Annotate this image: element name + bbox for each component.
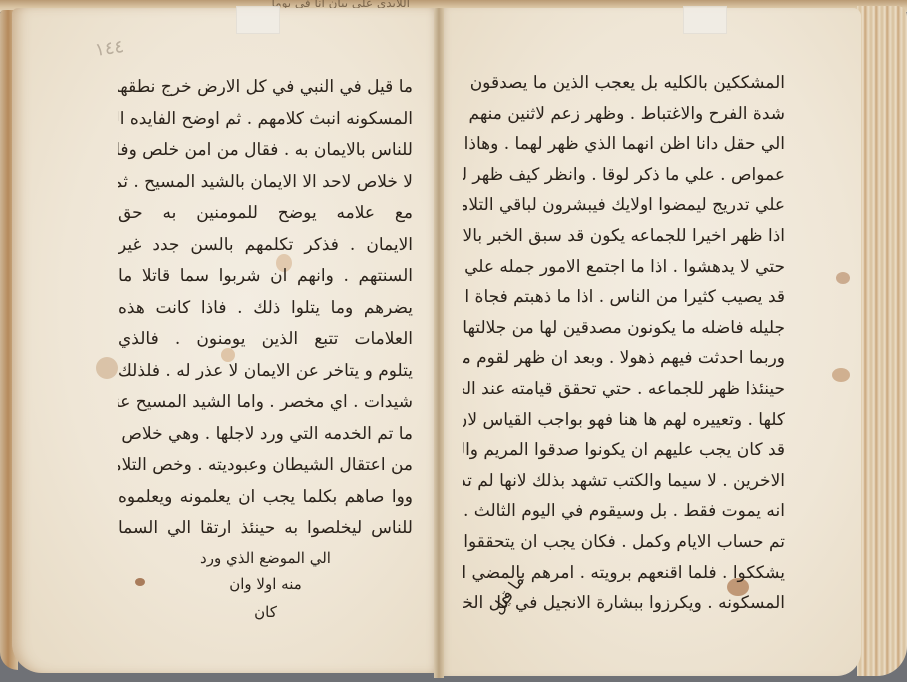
closing-line: الي الموضع الذي ورد: [118, 545, 413, 571]
text-line: عمواص . علي ما ذكر لوقا . وانظر كيف ظهر …: [463, 160, 785, 191]
text-line: اذا ظهر اخيرا للجماعه يكون قد سبق الخبر …: [463, 221, 785, 252]
text-line: لا خلاص لاحد الا الايمان بالشيد المسيح .…: [118, 167, 413, 199]
text-line: العلامات تتبع الذين يومنون . فالذي: [118, 324, 413, 356]
text-line: حتي لا يدهشوا . اذا ما اجتمع الامور جمله…: [463, 252, 785, 283]
stain: [836, 272, 850, 284]
text-line: من اعتقال الشيطان وعبوديته . وخص التلامي…: [118, 450, 413, 482]
text-line: يضرهم وما يتلوا ذلك . فاذا كانت هذه: [118, 293, 413, 325]
text-line: شدة الفرح والاغتباط . وظهر زعم لاثنين من…: [463, 99, 785, 130]
text-line: وربما احدثت فيهم ذهولا . وبعد ان ظهر لقو…: [463, 343, 785, 374]
text-line: الاخرين . لا سيما والكتب تشهد بذلك لانها…: [463, 466, 785, 497]
text-line: تم حساب الايام وكمل . فكان يجب ان يتحققو…: [463, 527, 785, 558]
text-line: المشككين بالكليه بل يعجب الذين ما يصدقون…: [463, 68, 785, 99]
text-line: انه يموت فقط . بل وسيقوم في اليوم الثالث…: [463, 496, 785, 527]
right-page-text: المشككين بالكليه بل يعجب الذين ما يصدقون…: [463, 68, 785, 619]
closing-line: منه اولا وان: [118, 571, 413, 597]
text-line: ما قيل في النبي في كل الارض خرج نطقهم . …: [118, 72, 413, 104]
repair-tape-left: [236, 6, 280, 34]
repair-tape-right: [683, 6, 727, 34]
text-line: شيدات . اي مخصر . واما الشيد المسيح عند: [118, 387, 413, 419]
text-line: الايمان . فذكر تكلمهم بالسن جدد غير: [118, 230, 413, 262]
text-line: ووا صاهم بكلما يجب ان يعلمونه ويعلموه: [118, 482, 413, 514]
text-line: حينئذا ظهر للجماعه . حتي تحقق قيامته عند…: [463, 374, 785, 405]
text-line: ما تم الخدمه التي ورد لاجلها . وهي خلاص …: [118, 419, 413, 451]
text-line: للناس ليخلصوا به حينئذ ارتقا الي السما: [118, 513, 413, 545]
text-line: علي تدريج ليمضوا اولايك فيبشرون لباقي ال…: [463, 190, 785, 221]
text-line: للناس بالايمان به . فقال من امن خلص وفاز…: [118, 135, 413, 167]
text-line: الي حقل دانا اظن انهما الذي ظهر لهما . و…: [463, 129, 785, 160]
stain: [96, 357, 118, 379]
text-line: كلها . وتعييره لهم ها هنا فهو بواجب القي…: [463, 405, 785, 436]
text-line: جليله فاضله ما يكونون مصدقين لها من جلال…: [463, 313, 785, 344]
text-line: قد يصيب كثيرا من الناس . اذا ما ذهبتم فج…: [463, 282, 785, 313]
stain: [832, 368, 850, 382]
text-line: يتلوم و يتاخر عن الايمان لا عذر له . فلذ…: [118, 356, 413, 388]
left-page-text: ما قيل في النبي في كل الارض خرج نطقهم . …: [118, 72, 413, 627]
text-line: مع علامه يوضح للمومنين به حق: [118, 198, 413, 230]
text-line: قد كان يجب عليهم ان يكونوا صدقوا المريم …: [463, 435, 785, 466]
right-fore-edge: [857, 6, 907, 676]
manuscript-spread: اللابدي علي بيان انا في يوما ١٤٤ ما قيل …: [0, 0, 907, 682]
text-line: المسكونه انبث كلامهم . ثم اوضح الفايده ا…: [118, 104, 413, 136]
closing-line: كان: [118, 597, 413, 627]
text-line: السنتهم . وانهم ان شربوا سما قاتلا ما: [118, 261, 413, 293]
book-gutter: [434, 8, 444, 678]
folio-number: ١٤٤: [94, 36, 126, 61]
